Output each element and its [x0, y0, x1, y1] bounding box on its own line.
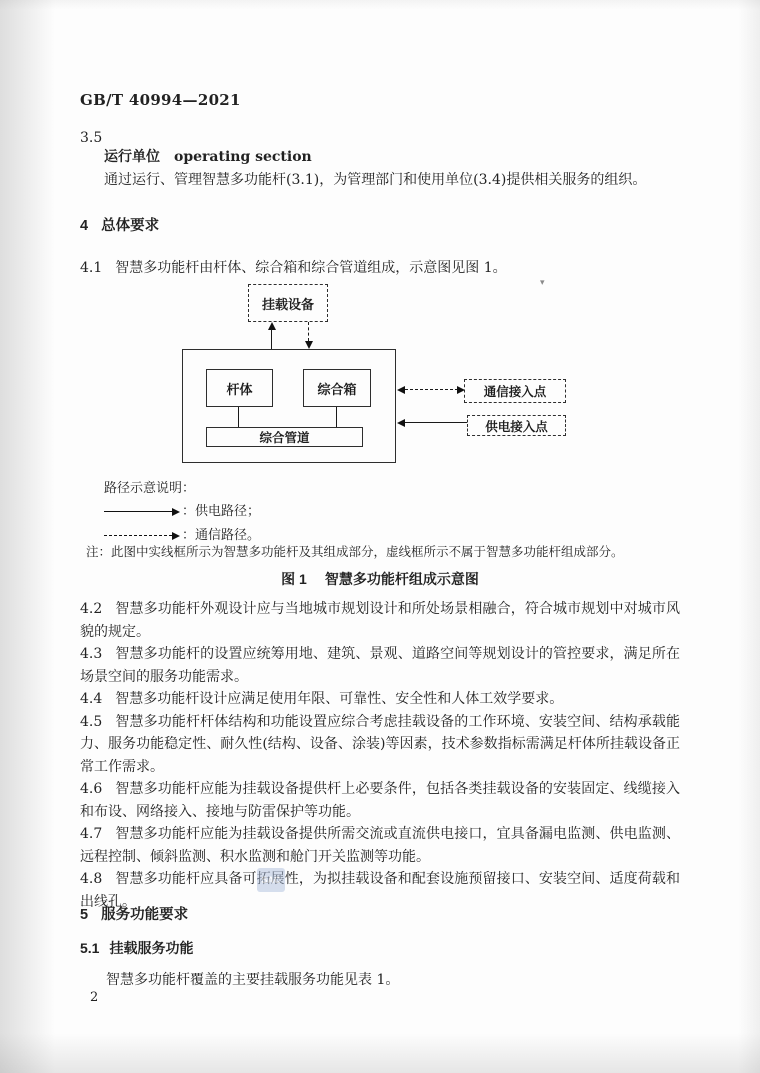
scan-artifact-mark: ▾	[540, 278, 545, 288]
diagram-box-pole-label: 杆体	[226, 379, 252, 398]
clause-4-7-number: 4.7	[80, 823, 102, 846]
dashed-arrow-icon	[104, 531, 180, 541]
power-line-horizontal	[405, 422, 467, 423]
pole-conduit-connector	[238, 407, 239, 427]
diagram-box-power-access-label: 供电接入点	[485, 417, 548, 435]
legend-comm-row: ：通信路径。	[104, 524, 260, 543]
clause-4-7: 4.7智慧多功能杆应能为挂载设备提供所需交流或直流供电接口，宜具备漏电监测、供电…	[80, 823, 680, 868]
term-number: 3.5	[80, 127, 102, 150]
legend-title: 路径示意说明：	[104, 477, 195, 496]
figure-caption-text: 智慧多功能杆组成示意图	[325, 571, 479, 587]
clause-4-4-number: 4.4	[80, 688, 102, 711]
clause-4-3: 4.3智慧多功能杆的设置应统筹用地、建筑、景观、道路空间等规划设计的管控要求，满…	[80, 643, 680, 688]
clause-4-6-number: 4.6	[80, 778, 102, 801]
diagram-box-pole: 杆体	[206, 369, 273, 407]
sac-watermark: SAC	[257, 868, 285, 892]
power-line-vertical	[271, 329, 272, 349]
section-5-number: 5	[80, 907, 88, 923]
comm-arrow-left-icon	[397, 386, 405, 394]
figure-1-diagram: 挂载设备 杆体 综合箱 综合管道 通信接入点	[0, 284, 760, 466]
comm-line-vertical	[308, 322, 309, 341]
clause-4-5: 4.5智慧多功能杆杆体结构和功能设置应综合考虑挂载设备的工作环境、安装空间、结构…	[80, 711, 680, 779]
power-arrow-left-icon	[397, 419, 405, 427]
clause-4-6-text: 智慧多功能杆应能为挂载设备提供杆上必要条件，包括各类挂载设备的安装固定、线缆接入…	[80, 781, 680, 820]
diagram-box-cabinet-label: 综合箱	[317, 379, 356, 398]
section-5-1-heading: 5.1挂载服务功能	[80, 938, 193, 958]
clause-4-3-number: 4.3	[80, 643, 102, 666]
power-arrow-up-icon	[268, 322, 276, 330]
document-page: GB/T 40994—2021 3.5 运行单位operating sectio…	[0, 0, 760, 1073]
clause-4-1-number: 4.1	[80, 257, 102, 280]
term-english: operating section	[174, 149, 312, 165]
clause-4-2-text: 智慧多功能杆外观设计应与当地城市规划设计和所处场景相融合，符合城市规划中对城市风…	[80, 601, 680, 640]
page-header-standard-number: GB/T 40994—2021	[80, 91, 241, 109]
clause-4-5-number: 4.5	[80, 711, 102, 734]
clause-4-8-number: 4.8	[80, 868, 102, 891]
section-5-title: 服务功能要求	[101, 907, 188, 923]
legend-power-label: ：供电路径；	[182, 504, 260, 519]
clause-4-7-text: 智慧多功能杆应能为挂载设备提供所需交流或直流供电接口，宜具备漏电监测、供电监测、…	[80, 826, 680, 865]
figure-note: 注：此图中实线框所示为智慧多功能杆及其组成部分，虚线框所示不属于智慧多功能杆组成…	[86, 543, 666, 561]
diagram-box-power-access: 供电接入点	[467, 415, 566, 436]
legend-power-row: ：供电路径；	[104, 500, 260, 519]
comm-arrow-right-icon	[457, 386, 465, 394]
solid-arrow-icon	[104, 507, 180, 517]
diagram-box-conduit: 综合管道	[206, 427, 363, 447]
comm-arrow-down-icon	[305, 341, 313, 349]
clause-4-5-text: 智慧多功能杆杆体结构和功能设置应综合考虑挂载设备的工作环境、安装空间、结构承载能…	[80, 714, 680, 775]
clause-4-2: 4.2智慧多功能杆外观设计应与当地城市规划设计和所处场景相融合，符合城市规划中对…	[80, 598, 680, 643]
section-5-1-title: 挂载服务功能	[109, 940, 193, 956]
clause-4-1-text: 智慧多功能杆由杆体、综合箱和综合管道组成，示意图见图 1。	[115, 260, 506, 276]
section-4-number: 4	[80, 218, 88, 234]
page-number: 2	[90, 990, 98, 1005]
legend-comm-label: ：通信路径。	[182, 528, 260, 543]
section-5-1-number: 5.1	[80, 940, 99, 956]
diagram-box-cabinet: 综合箱	[303, 369, 371, 407]
diagram-box-mounted-device: 挂载设备	[248, 284, 328, 322]
term-chinese: 运行单位	[104, 148, 160, 164]
diagram-box-conduit-label: 综合管道	[259, 428, 309, 446]
clause-4-6: 4.6智慧多功能杆应能为挂载设备提供杆上必要条件，包括各类挂载设备的安装固定、线…	[80, 778, 680, 823]
clause-4-4: 4.4智慧多功能杆设计应满足使用年限、可靠性、安全性和人体工效学要求。	[80, 688, 680, 711]
section-5-1-paragraph: 智慧多功能杆覆盖的主要挂载服务功能见表 1。	[106, 969, 680, 992]
clause-4-4-text: 智慧多功能杆设计应满足使用年限、可靠性、安全性和人体工效学要求。	[115, 691, 563, 707]
term-line: 运行单位operating section	[104, 146, 312, 166]
section-5-heading: 5服务功能要求	[80, 903, 188, 924]
section-4-title: 总体要求	[101, 218, 159, 234]
clause-4-3-text: 智慧多功能杆的设置应统筹用地、建筑、景观、道路空间等规划设计的管控要求，满足所在…	[80, 646, 680, 685]
diagram-box-comm-access: 通信接入点	[464, 379, 566, 403]
clause-list: 4.2智慧多功能杆外观设计应与当地城市规划设计和所处场景相融合，符合城市规划中对…	[80, 598, 680, 913]
cabinet-conduit-connector	[336, 407, 337, 427]
section-4-heading: 4总体要求	[80, 214, 159, 235]
diagram-box-comm-access-label: 通信接入点	[484, 382, 547, 400]
figure-caption-label: 图 1	[281, 571, 307, 587]
comm-line-horizontal	[405, 389, 458, 390]
figure-1-caption: 图 1智慧多功能杆组成示意图	[0, 569, 760, 589]
diagram-box-mounted-device-label: 挂载设备	[262, 294, 314, 313]
clause-4-2-number: 4.2	[80, 598, 102, 621]
clause-4-1: 4.1智慧多功能杆由杆体、综合箱和综合管道组成，示意图见图 1。	[80, 257, 680, 280]
term-definition: 通过运行、管理智慧多功能杆(3.1)，为管理部门和使用单位(3.4)提供相关服务…	[104, 169, 664, 192]
